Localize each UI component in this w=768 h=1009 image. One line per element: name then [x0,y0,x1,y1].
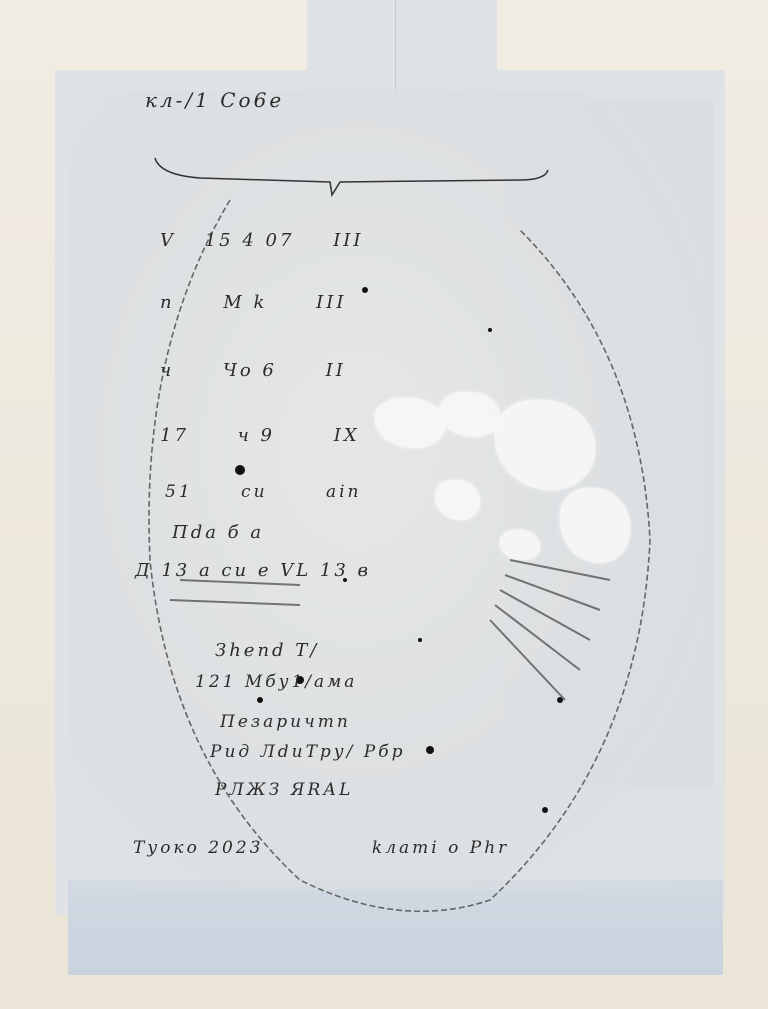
handwriting-line: РЛЖЗ ЯRАL [215,780,353,800]
handwriting-line: Пезаричтп [220,712,351,732]
artwork-title-handwriting: кл-/1 Со6е [145,88,284,112]
row-mid: 15 4 07 [205,230,295,251]
row-left: V [160,230,176,251]
row-right: III [316,292,346,313]
row-mid: ч 9 [238,425,275,446]
handwriting-line: Рид ЛdиТру/ Рбр [210,742,406,762]
row-right: ain [326,482,362,502]
row-right: II [326,360,346,381]
row-mid: cu [241,482,267,502]
signature-name-date: Туоко 2023 [133,838,264,858]
row-right: IX [334,425,360,446]
row-left: 51 [165,482,193,502]
row-left: n [160,292,175,313]
handwriting-line: 121 Мбу1/ама [195,672,357,692]
row-left: 17 [160,425,189,446]
row-mid: M k [223,292,267,313]
handwriting-line: Д 13 а сu е VL 13 в [135,560,371,581]
handwriting-row: 17 ч 9 IX [160,425,360,446]
handwriting-row: ч Чо 6 II [160,360,346,381]
handwriting-row: 51 cu ain [165,482,361,502]
row-left: ч [160,360,174,381]
row-right: III [333,230,363,251]
handwriting-row: V 15 4 07 III [160,230,364,251]
handwriting-row: n M k III [160,292,346,313]
signature-handwriting: Туоко 2023 kлаmi o Рhr [133,838,509,858]
handwriting-line: Пdа б а [172,522,264,543]
handwriting-line: Зhеnd Т/ [215,640,319,661]
signature-tail: kлаmi o Рhr [372,838,509,858]
row-mid: Чо 6 [223,360,277,381]
